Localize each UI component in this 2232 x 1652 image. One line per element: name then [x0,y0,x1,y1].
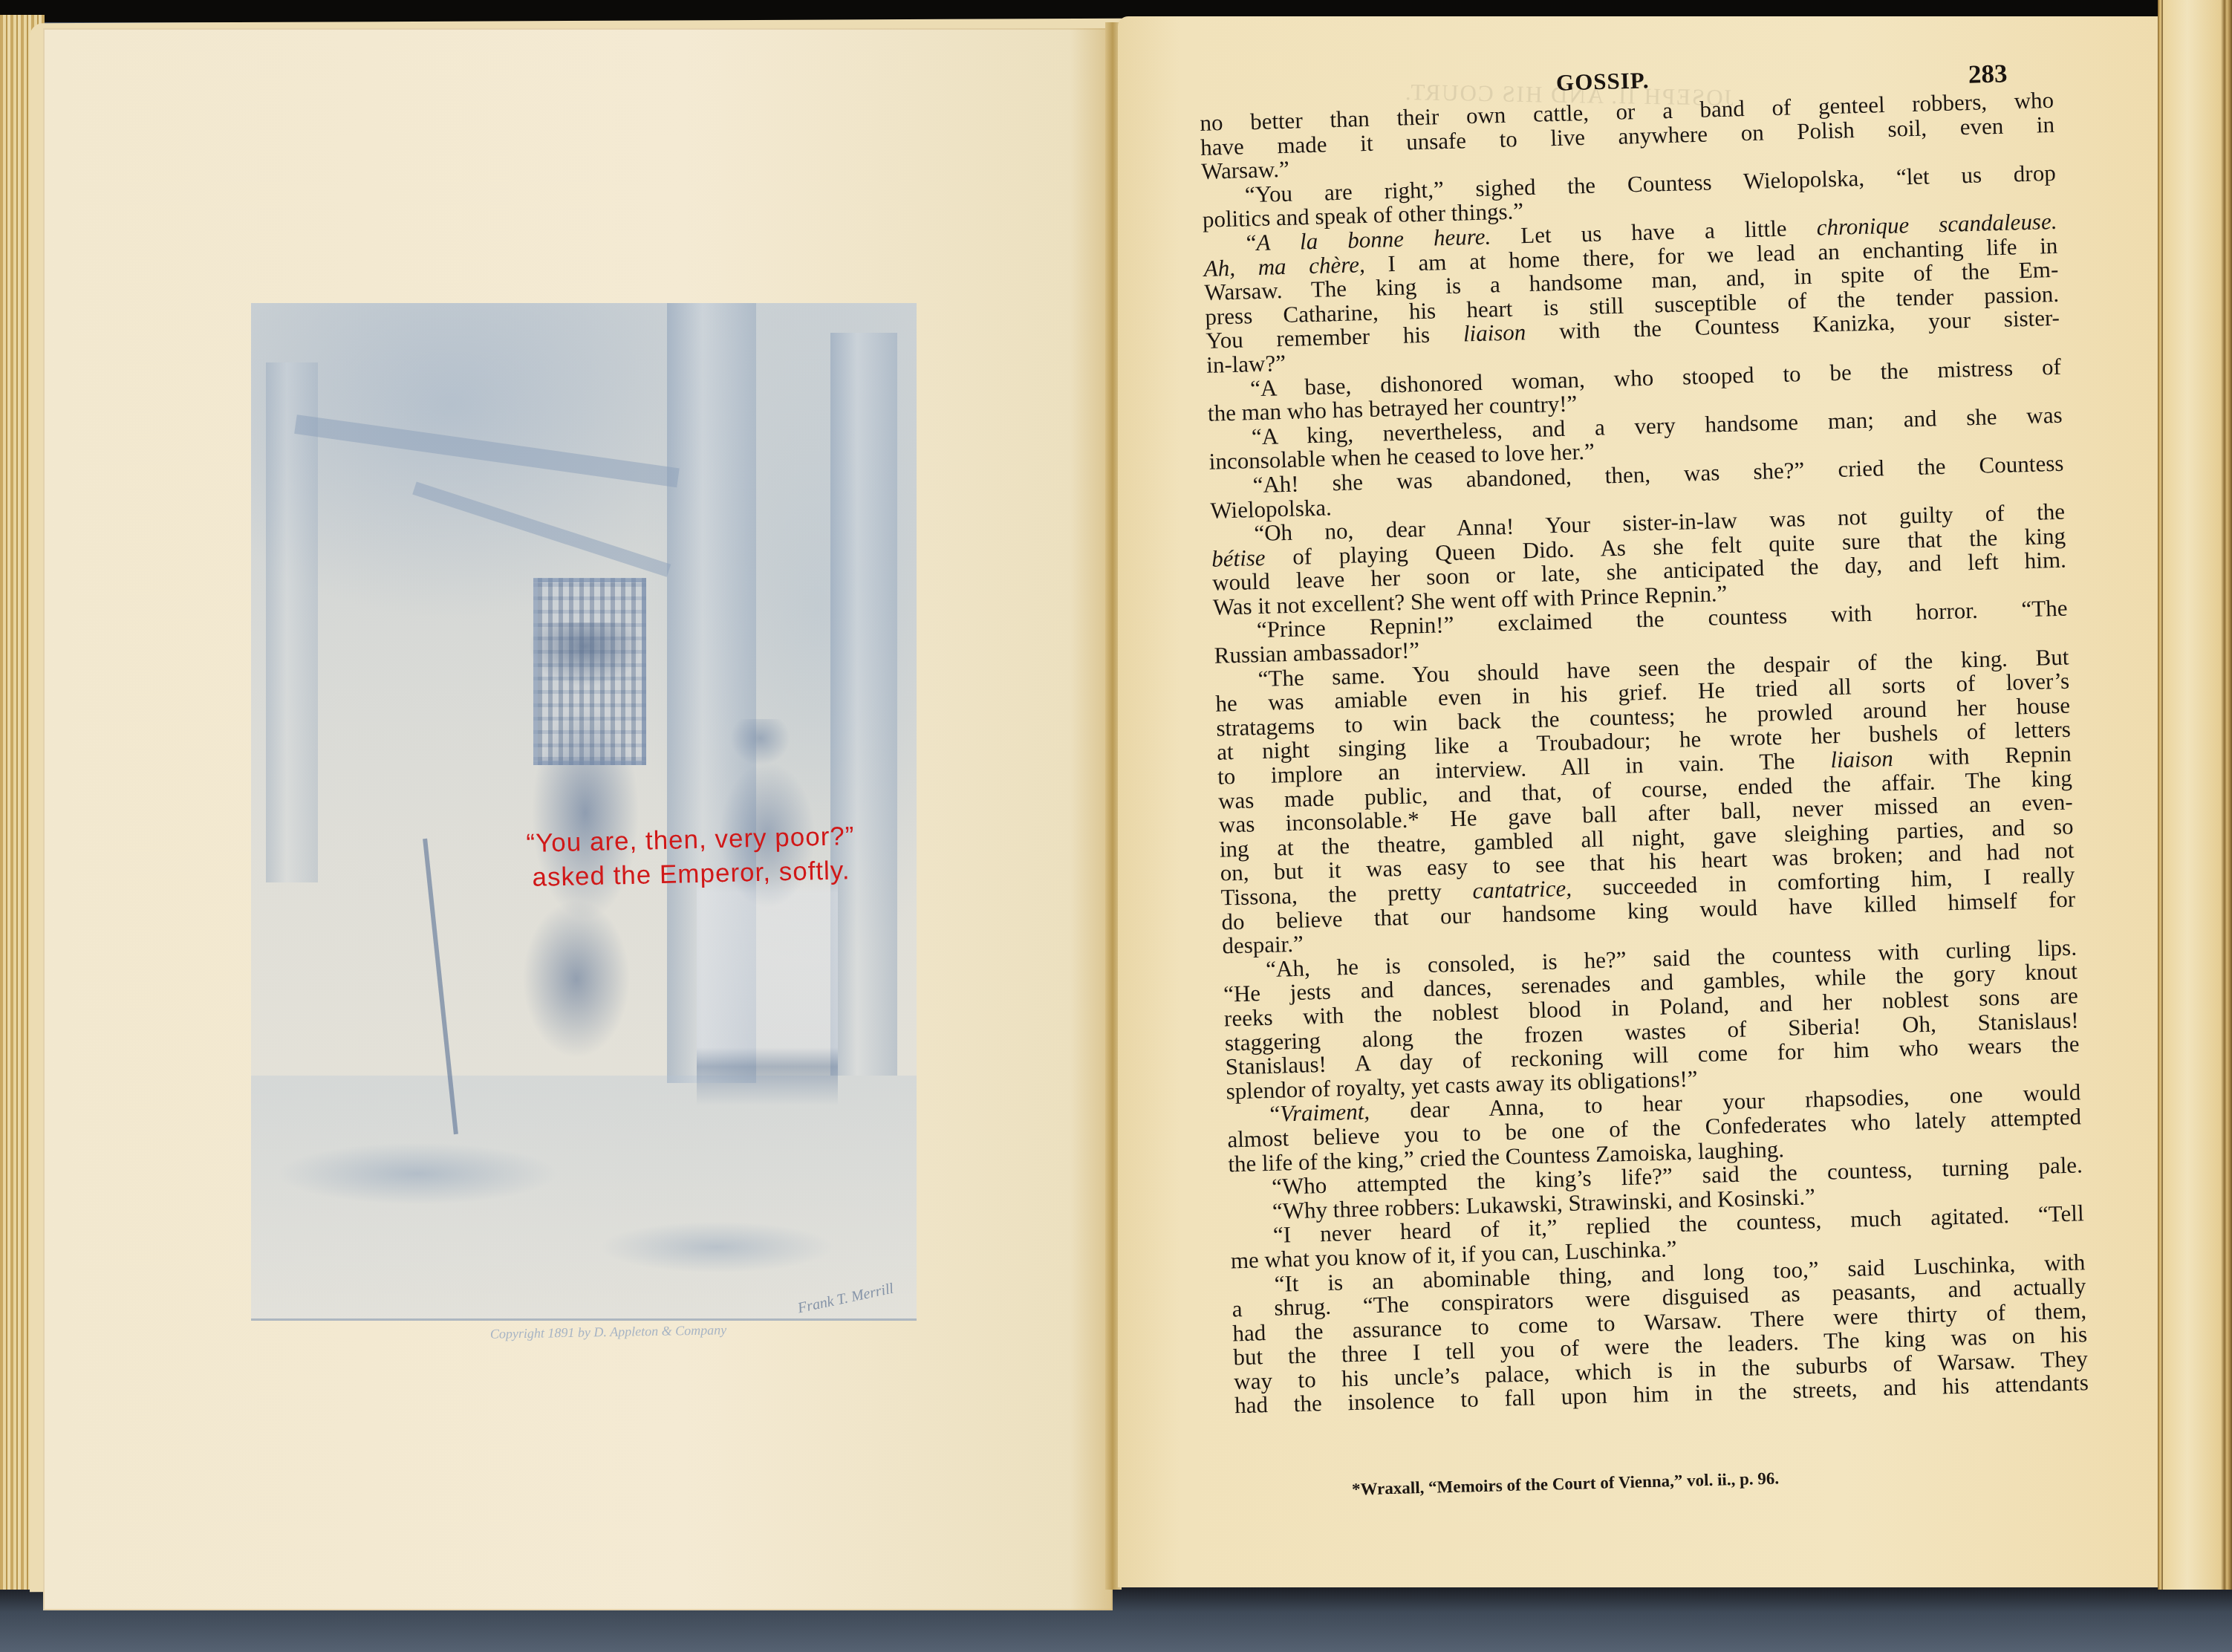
illustration-plate: Frank T. Merrill [251,303,917,1321]
page-edge-line [2161,0,2163,1590]
illustration-caption: “You are, then, very poor?” asked the Em… [482,819,899,897]
body-text: no better than their own cattle, or a ba… [1200,88,2089,1419]
running-head: GOSSIP. [1556,67,1650,96]
illustration-column [830,333,897,1076]
right-page-stack-edge [2158,0,2232,1590]
illustration-wall [266,362,318,882]
illustration-woman-figure [697,719,838,1105]
illustration-border [251,1318,917,1321]
illustration-street [251,1076,917,1321]
page-number: 283 [1968,59,2008,89]
